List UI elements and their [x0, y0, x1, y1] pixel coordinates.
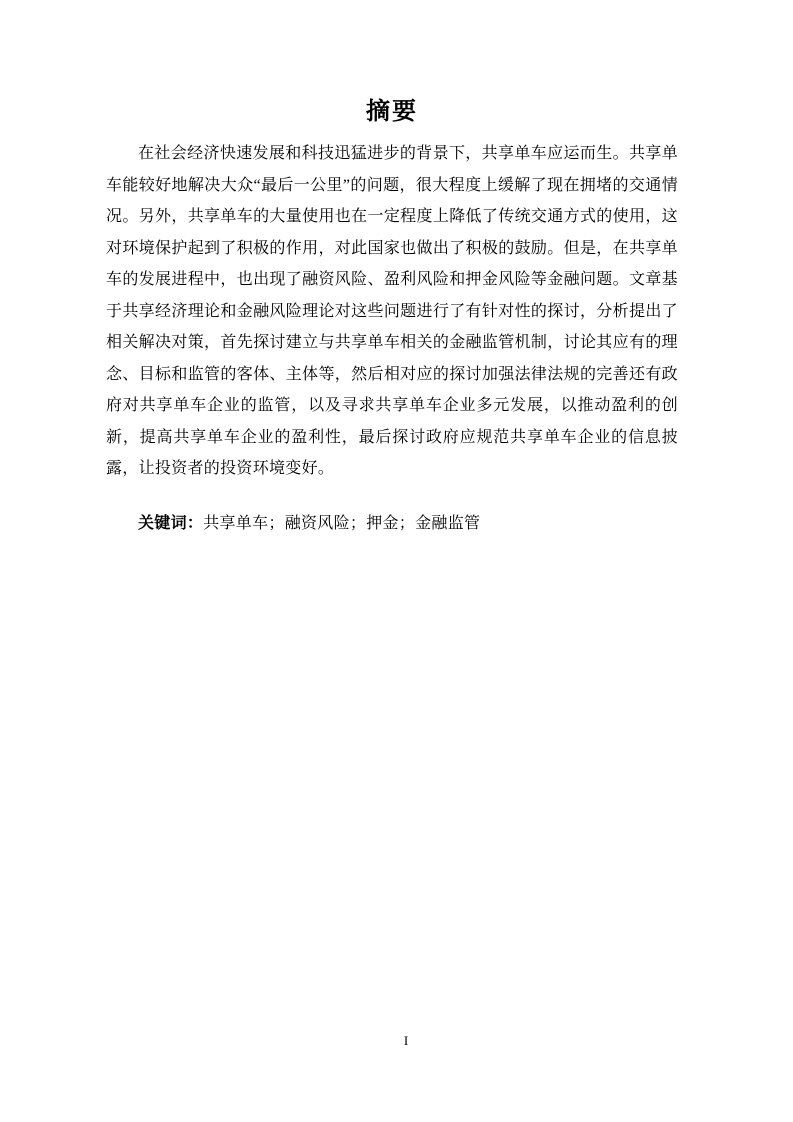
- abstract-title: 摘要: [106, 98, 678, 126]
- keywords-text: 共享单车；融资风险；押金；金融监管: [203, 515, 480, 532]
- keywords-line: 关键词：共享单车；融资风险；押金；金融监管: [106, 508, 678, 540]
- keywords-label: 关键词：: [138, 515, 203, 532]
- document-page: 摘要 在社会经济快速发展和科技迅猛进步的背景下，共享单车应运而生。共享单车能较好…: [0, 0, 793, 1122]
- abstract-paragraph: 在社会经济快速发展和科技迅猛进步的背景下，共享单车应运而生。共享单车能较好地解决…: [106, 138, 678, 485]
- page-number: I: [106, 1033, 706, 1049]
